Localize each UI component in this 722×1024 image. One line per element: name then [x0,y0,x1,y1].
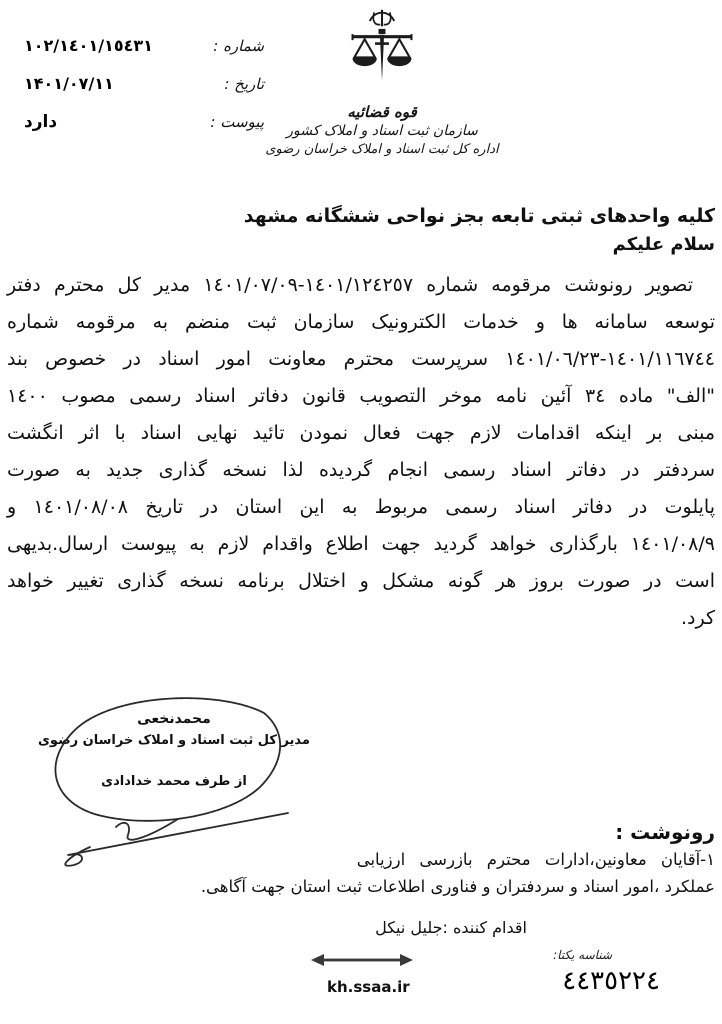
letter-attachment-row: پیوست : دارد [24,112,264,132]
letter-number-label: شماره : [213,37,264,55]
org-name-registration-organization: سازمان ثبت اسناد و املاک کشور [262,122,502,141]
salutation-line: سلام علیکم [7,234,715,255]
unique-id-value: ٤٤٣٥٢٢٤ [562,966,660,996]
letterhead-block: قوه قضائیه سازمان ثبت اسناد و املاک کشور… [262,8,502,159]
signature-block: محمدنخعی مدیر کل ثبت اسناد و املاک خراسا… [28,693,320,878]
letter-date-row: تاریخ : ۱۴۰۱/۰۷/۱۱ [24,74,264,93]
letter-number-value: ١٠٢/١٤٠١/١٥٤٣١ [24,36,153,55]
letter-body: کلیه واحدهای ثبتی تابعه بجز نواحی ششگانه… [7,205,715,637]
letter-number-row: شماره : ١٠٢/١٤٠١/١٥٤٣١ [24,36,264,55]
handwritten-signature-scribble-icon [28,693,320,878]
bottom-identifier-row: شناسه یکتا: ٤٤٣٥٢٢٤ kh.ssaa.ir [0,944,722,1024]
org-name-judiciary: قوه قضائیه [262,102,502,122]
website-text: kh.ssaa.ir [327,978,410,996]
letter-meta-block: شماره : ١٠٢/١٤٠١/١٥٤٣١ تاریخ : ۱۴۰۱/۰۷/۱… [24,36,264,151]
action-officer-line: اقدام کننده :جلیل نیکل [7,918,715,937]
official-letter-page: شماره : ١٠٢/١٤٠١/١٥٤٣١ تاریخ : ۱۴۰۱/۰۷/۱… [0,0,722,1024]
unique-id-label: شناسه یکتا: [553,948,612,962]
double-arrow-icon [311,952,413,968]
letter-date-label: تاریخ : [224,75,264,93]
letter-paragraph: تصویر رونوشت مرقومه شماره ١٤٠١/١٢٤٢٥٧-١٤… [7,267,715,637]
letter-date-value: ۱۴۰۱/۰۷/۱۱ [24,74,114,93]
recipient-line: کلیه واحدهای ثبتی تابعه بجز نواحی ششگانه… [7,205,715,227]
judiciary-scales-emblem-icon [343,8,421,100]
letter-attachment-label: پیوست : [210,113,264,131]
org-name-khorasan-office: اداره کل ثبت اسناد و املاک خراسان رضوی [262,141,502,159]
letter-attachment-value: دارد [24,112,57,132]
cc-recipients-line-2: عملکرد ،امور اسناد و سردفتران و فناوری ا… [7,877,715,896]
